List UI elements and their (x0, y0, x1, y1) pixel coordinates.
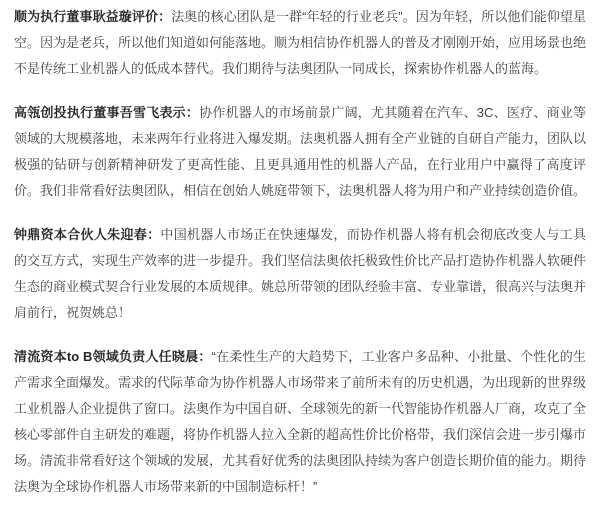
quote-paragraph-zhongding: 钟鼎资本合伙人朱迎春：中国机器人市场正在快速爆发，而协作机器人将有机会彻底改变人… (14, 222, 586, 326)
speaker-lead-zhongding: 钟鼎资本合伙人朱迎春： (14, 227, 160, 242)
quote-paragraph-hillhouse: 高瓴创投执行董事吾雪飞表示：协作机器人的市场前景广阔，尤其随着在汽车、3C、医疗… (14, 100, 586, 204)
quote-paragraph-qingliu: 清流资本to B领域负责人任晓晨：“在柔性生产的大趋势下，工业客户多品种、小批量… (14, 344, 586, 500)
quote-paragraph-shunwei: 顺为执行董事耿益璇评价：法奥的核心团队是一群“年轻的行业老兵”。因为年轻，所以他… (14, 4, 586, 82)
speaker-lead-qingliu: 清流资本to B领域负责人任晓晨： (14, 349, 212, 364)
article-page: 顺为执行董事耿益璇评价：法奥的核心团队是一群“年轻的行业老兵”。因为年轻，所以他… (0, 0, 600, 500)
quote-text-qingliu: “在柔性生产的大趋势下，工业客户多品种、小批量、个性化的生产需求全面爆发。需求的… (14, 349, 586, 494)
speaker-lead-shunwei: 顺为执行董事耿益璇评价： (14, 9, 171, 24)
speaker-lead-hillhouse: 高瓴创投执行董事吾雪飞表示： (14, 105, 199, 120)
